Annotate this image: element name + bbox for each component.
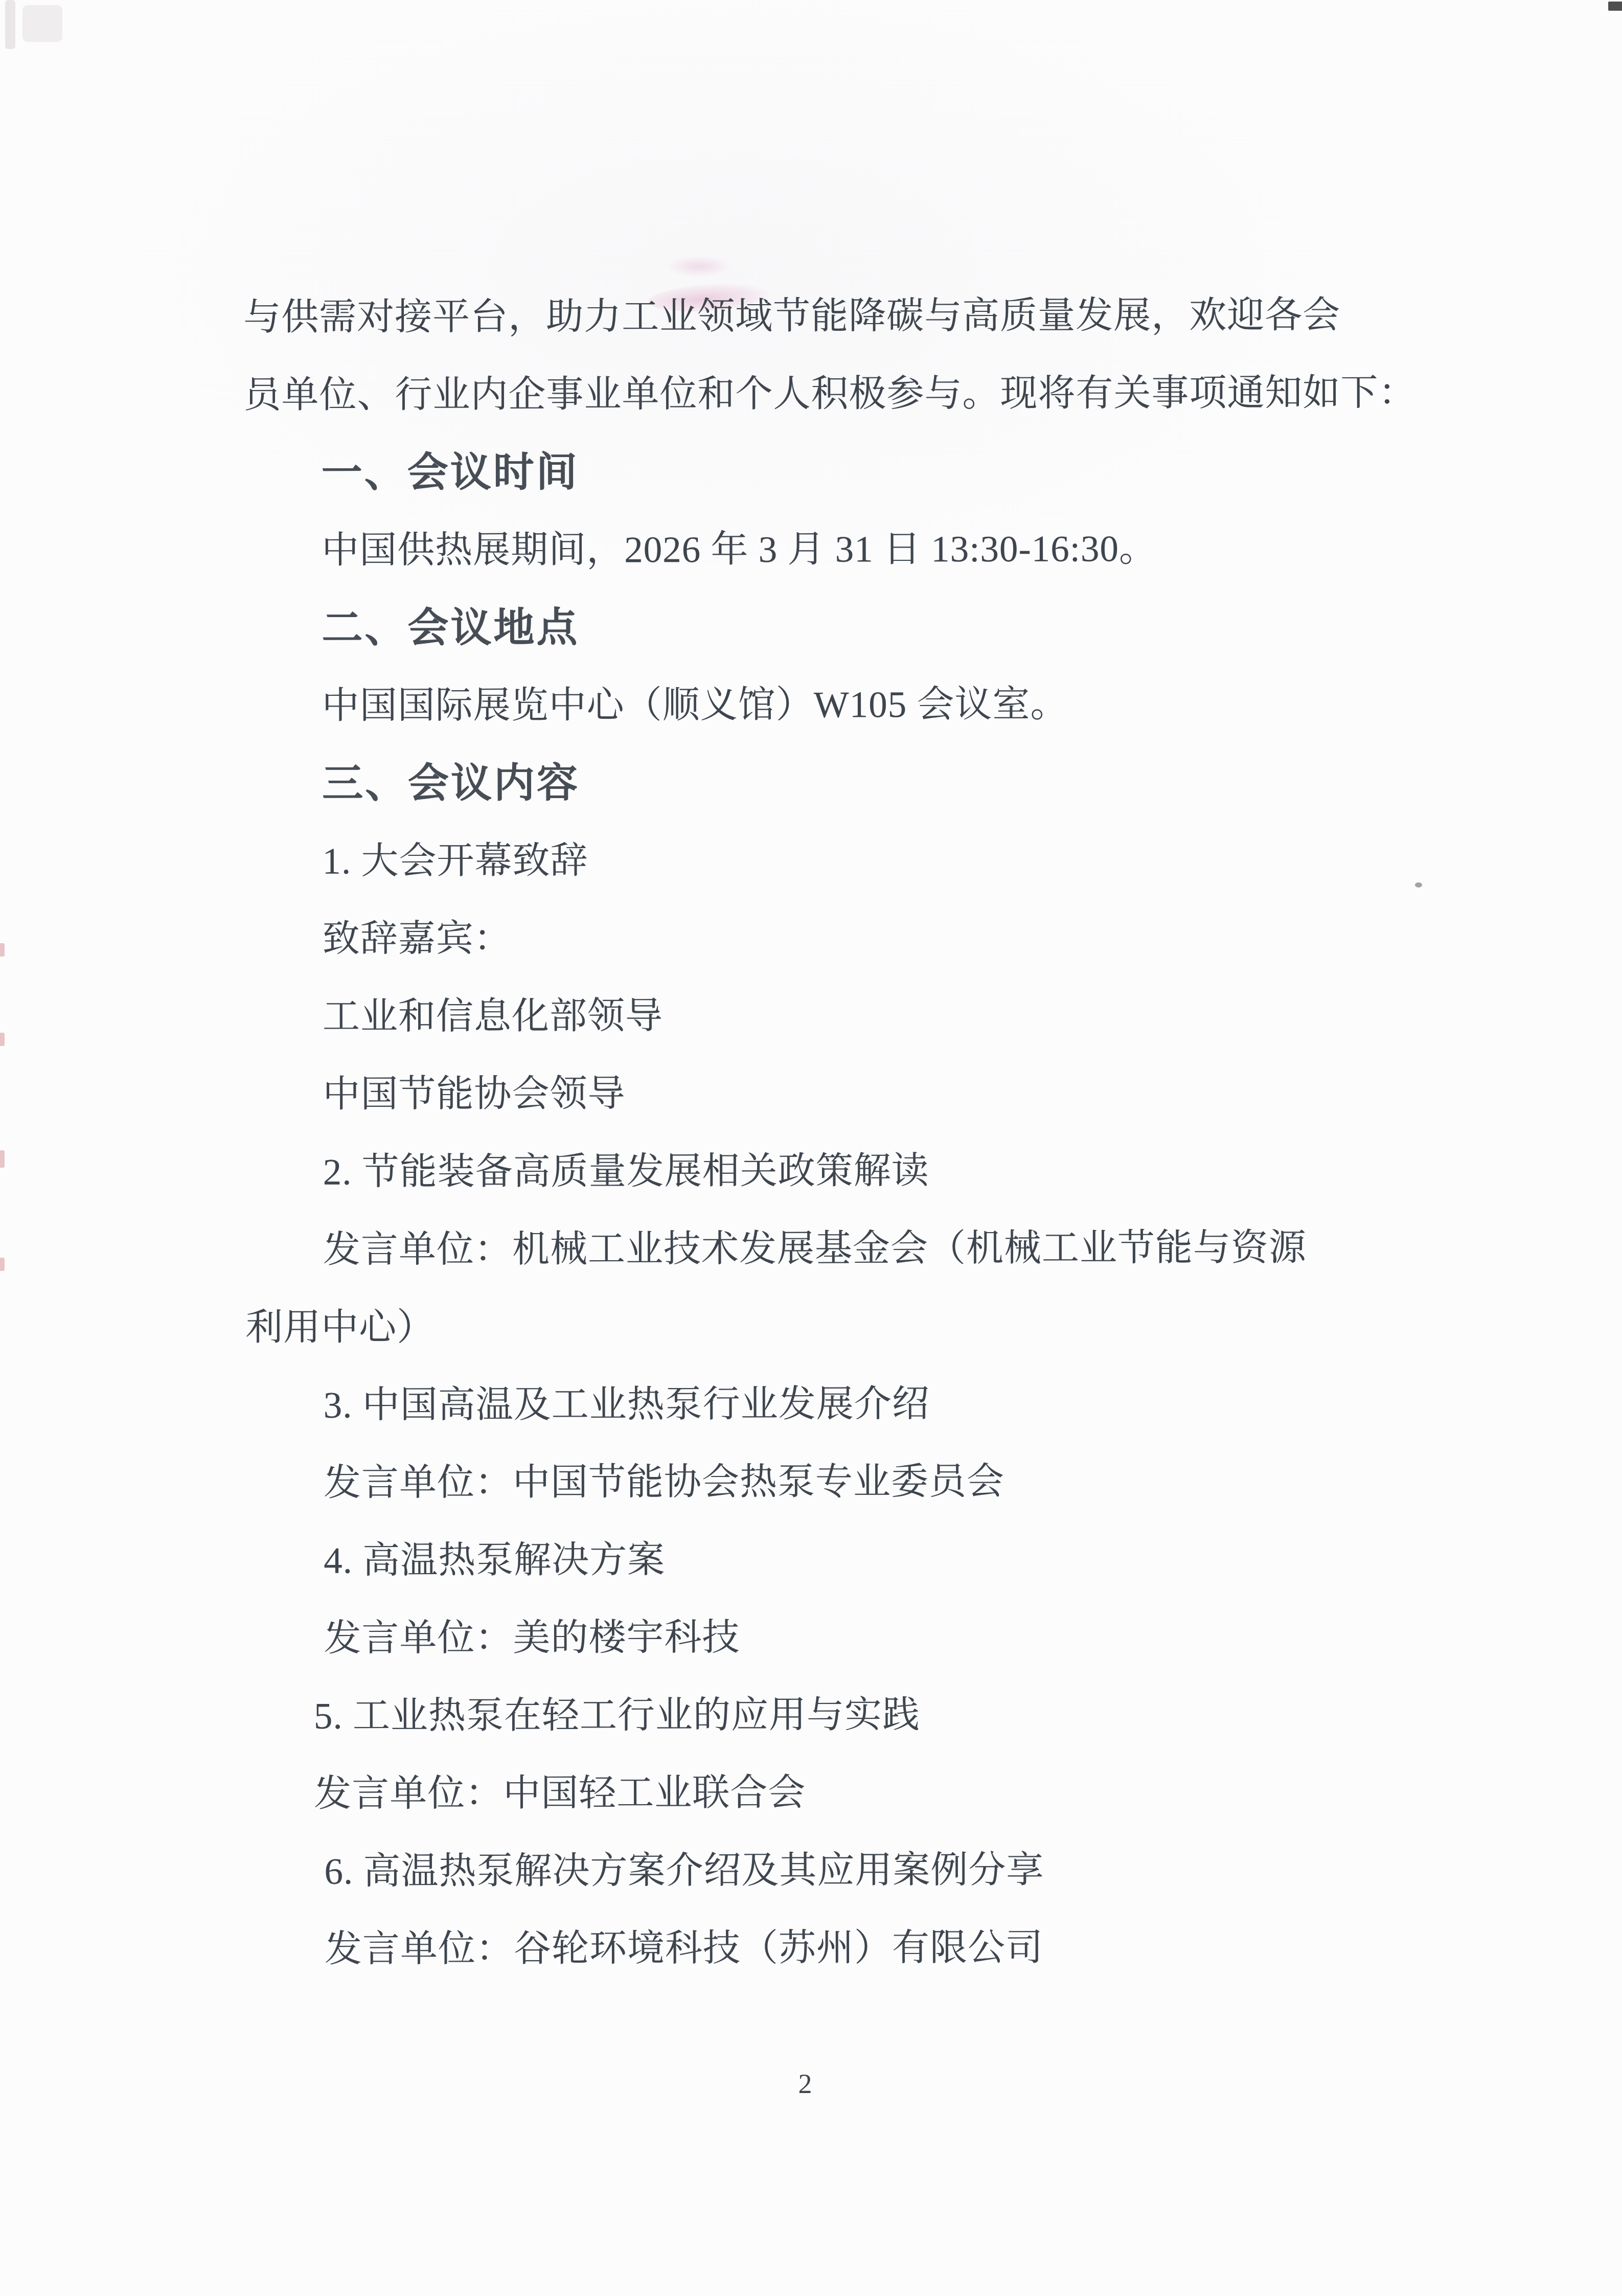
agenda-item-6: 6. 高温热泵解决方案介绍及其应用案例分享: [246, 1830, 1419, 1911]
page-number: 2: [0, 2068, 1610, 2099]
heading-section-2-location: 二、会议地点: [244, 587, 1417, 667]
agenda-item-3: 3. 中国高温及工业热泵行业发展介绍: [245, 1364, 1418, 1444]
agenda-item-4: 4. 高温热泵解决方案: [246, 1519, 1419, 1600]
agenda-guests-label: 致辞嘉宾：: [245, 898, 1418, 978]
scan-artifact-edge-tick: [0, 1150, 5, 1168]
heading-section-1-time: 一、会议时间: [244, 431, 1417, 512]
scan-artifact-corner-mark: [1608, 2, 1622, 11]
meeting-time-line: 中国供热展期间，2026 年 3 月 31 日 13:30-16:30。: [244, 509, 1417, 589]
document-body: 与供需对接平台，助力工业领域节能降碳与高质量发展，欢迎各会 员单位、行业内企事业…: [243, 276, 1420, 1988]
agenda-speaker-line: 发言单位：谷轮环境科技（苏州）有限公司: [247, 1908, 1420, 1988]
scan-artifact-edge-tick: [0, 943, 5, 957]
agenda-speaker-line: 发言单位：机械工业技术发展基金会（机械工业节能与资源: [245, 1209, 1418, 1289]
agenda-speaker-line-wrap: 利用中心）: [245, 1286, 1418, 1367]
heading-section-3-content: 三、会议内容: [244, 742, 1417, 823]
agenda-item-5: 5. 工业热泵在轻工行业的应用与实践: [246, 1675, 1419, 1755]
scan-artifact-topleft-smudge: [22, 5, 62, 42]
intro-paragraph-line: 与供需对接平台，助力工业领域节能降碳与高质量发展，欢迎各会: [243, 276, 1416, 356]
scan-artifact-topleft-smudge: [5, 0, 15, 49]
agenda-speaker-line: 发言单位：中国节能协会热泵专业委员会: [246, 1442, 1419, 1522]
scan-artifact-pink-smudge: [666, 256, 732, 277]
agenda-guest-line: 工业和信息化部领导: [245, 975, 1418, 1056]
agenda-speaker-line: 发言单位：中国轻工业联合会: [246, 1753, 1419, 1833]
intro-paragraph-line: 员单位、行业内企事业单位和个人积极参与。现将有关事项通知如下：: [243, 354, 1416, 434]
agenda-item-1: 1. 大会开幕致辞: [244, 820, 1417, 900]
scan-artifact-edge-tick: [0, 1033, 5, 1046]
agenda-speaker-line: 发言单位：美的楼宇科技: [246, 1597, 1419, 1677]
agenda-item-2: 2. 节能装备高质量发展相关政策解读: [245, 1131, 1418, 1211]
meeting-location-line: 中国国际展览中心（顺义馆）W105 会议室。: [244, 665, 1417, 745]
agenda-guest-line: 中国节能协会领导: [245, 1053, 1418, 1133]
document-page: 与供需对接平台，助力工业领域节能降碳与高质量发展，欢迎各会 员单位、行业内企事业…: [0, 0, 1622, 2296]
scan-artifact-edge-tick: [0, 1258, 5, 1271]
